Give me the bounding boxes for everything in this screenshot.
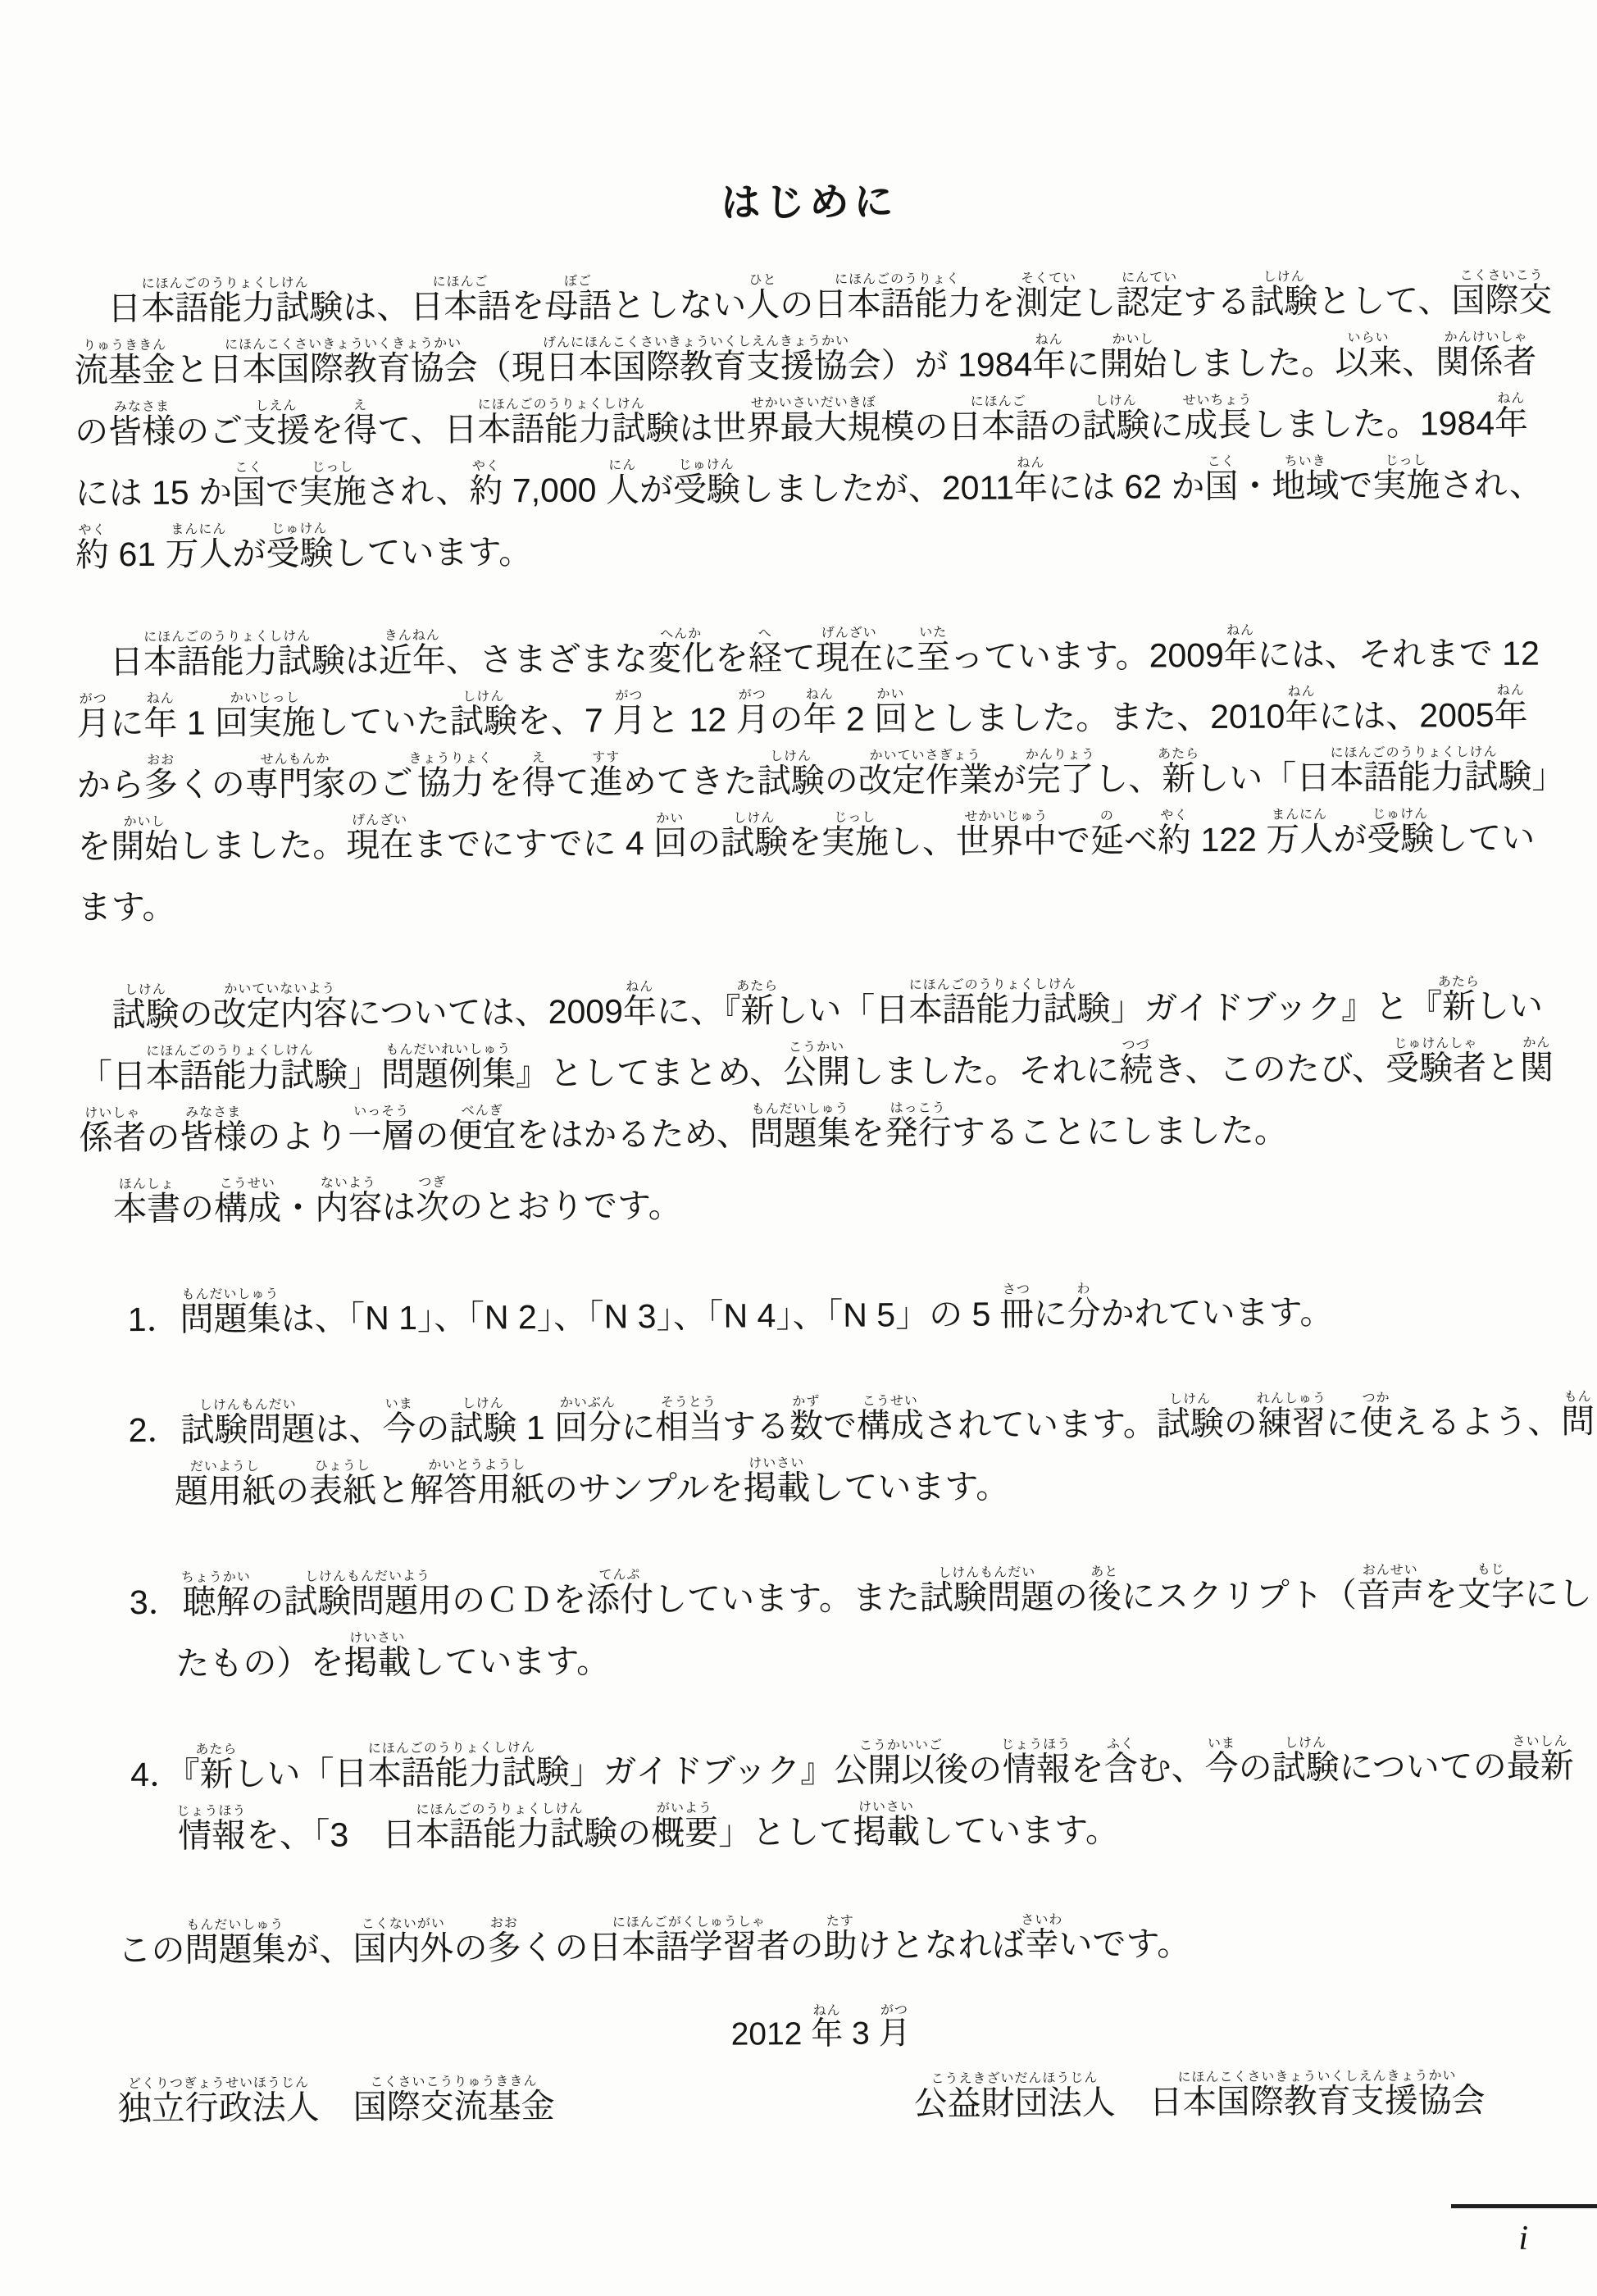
text-line: 公益財団法人こうえきざいだんほうじん 日本国際教育支援協会にほんこくさいきょうい… <box>913 2069 1485 2134</box>
text-line: 日本語能力試験にほんごのうりょくしけんは、日本語にほんごを母語ぼごとしない人ひと… <box>74 269 1546 339</box>
publisher-right: 公益財団法人こうえきざいだんほうじん 日本国際教育支援協会にほんこくさいきょうい… <box>913 2069 1485 2134</box>
text-line: 日本語能力試験にほんごのうりょくしけんは近年きんねん、さまざまな変化へんかを経へ… <box>76 622 1549 693</box>
text-line: 独立行政法人どくりつぎょうせいほうじん 国際交流基金こくさいこうりゅうききん <box>117 2075 554 2139</box>
document-title: はじめに <box>73 166 1545 232</box>
list-item-4: 4．『新あたらしい「日本語能力試験にほんごのうりょくしけん」ガイドブック』公開以… <box>130 1734 1556 1866</box>
publisher-row: 独立行政法人どくりつぎょうせいほうじん 国際交流基金こくさいこうりゅうききん 公… <box>117 2069 1485 2139</box>
text-line: 2．試験問題しけんもんだいは、今いまの試験しけん 1 回分かいぶんに相当そうとう… <box>128 1390 1553 1460</box>
text-line: を開始かいししました。現在げんざいまでにすでに 4 回かいの試験しけんを実施じっ… <box>77 806 1549 877</box>
text-line: 月がつに年ねん 1 回実施かいじっししていた試験しけんを、7 月がつと 12 月… <box>76 683 1549 754</box>
text-line: 本書ほんしょの構成こうせい・内容ないようは次つぎのとおりです。 <box>80 1168 1552 1239</box>
text-line: 2012 年ねん 3 月がつ <box>84 1999 1557 2069</box>
intro-paragraph: 日本語能力試験にほんごのうりょくしけんは、日本語にほんごを母語ぼごとしない人ひと… <box>74 269 1548 585</box>
text-line: から多おおくの専門家せんもんかのご協力きょうりょくを得えて進すすめてきた試験しけ… <box>77 745 1549 815</box>
text-line: 4．『新あたらしい「日本語能力試験にほんごのうりょくしけん」ガイドブック』公開以… <box>130 1734 1555 1805</box>
text-line: 題用紙だいようしの表紙ひょうしと解答用紙かいとうようしのサンプルを掲載けいさいし… <box>129 1451 1554 1522</box>
text-line: 3．聴解ちょうかいの試験問題用しけんもんだいようのＣＤを添付てんぷしています。ま… <box>130 1562 1554 1633</box>
text-line: 流基金りゅうききんと日本国際教育協会にほんこくさいきょういくきょうかい（現日本国… <box>75 330 1547 401</box>
text-line: ます。 <box>78 868 1550 937</box>
text-line: には 15 か国こくで実施じっしされ、約やく 7,000 人にんが受験じゅけんし… <box>75 453 1547 524</box>
text-line: この問題集もんだいしゅうが、国内外こくないがいの多おおくの日本語学習者にほんごが… <box>84 1910 1556 1980</box>
list-item-1: 1．問題集もんだいしゅうは、「N 1」、「N 2」、「N 3」、「N 4」、「N… <box>128 1279 1553 1350</box>
text-line: 情報じょうほうを、「3 日本語能力試験にほんごのうりょくしけんの概要がいよう」と… <box>130 1796 1555 1866</box>
contents-list: 1．問題集もんだいしゅうは、「N 1」、「N 2」、「N 3」、「N 4」、「N… <box>80 1279 1556 1866</box>
page-content: はじめに 日本語能力試験にほんごのうりょくしけんは、日本語にほんごを母語ぼごとし… <box>72 0 1557 2069</box>
document-page: はじめに 日本語能力試験にほんごのうりょくしけんは、日本語にほんごを母語ぼごとし… <box>0 0 1597 2296</box>
text-line: 約やく 61 万人まんにんが受験じゅけんしています。 <box>75 515 1548 585</box>
text-line: たもの）を掲載けいさいしています。 <box>130 1624 1554 1694</box>
page-number: i <box>1518 2219 1528 2258</box>
text-line: の皆様みなさまのご支援しえんを得えて、日本語能力試験にほんごのうりょくしけんは世… <box>75 392 1547 462</box>
text-line: 「日本語能力試験にほんごのうりょくしけん」問題例集もんだいれいしゅう』としてまと… <box>79 1036 1551 1106</box>
closing-paragraph: この問題集もんだいしゅうが、国内外こくないがいの多おおくの日本語学習者にほんごが… <box>84 1910 1556 1980</box>
text-line: 1．問題集もんだいしゅうは、「N 1」、「N 2」、「N 3」、「N 4」、「N… <box>128 1279 1553 1350</box>
text-line: 試験しけんの改定内容かいていないようについては、2009年ねんに、『新あたらしい… <box>78 974 1550 1045</box>
text-line: 係者けいしゃの皆様みなさまのより一層いっそうの便宜べんぎをはかるため、問題集もん… <box>79 1097 1551 1168</box>
structure-note: 本書ほんしょの構成こうせい・内容ないようは次つぎのとおりです。 <box>80 1168 1552 1239</box>
list-item-3: 3．聴解ちょうかいの試験問題用しけんもんだいようのＣＤを添付てんぷしています。ま… <box>130 1562 1555 1694</box>
revision-paragraph: 試験しけんの改定内容かいていないようについては、2009年ねんに、『新あたらしい… <box>78 974 1551 1168</box>
footer-rule <box>1451 2204 1597 2208</box>
publisher-left: 独立行政法人どくりつぎょうせいほうじん 国際交流基金こくさいこうりゅうききん <box>117 2075 554 2139</box>
list-item-2: 2．試験問題しけんもんだいは、今いまの試験しけん 1 回分かいぶんに相当そうとう… <box>128 1390 1554 1522</box>
publication-date: 2012 年ねん 3 月がつ <box>84 1999 1557 2069</box>
history-paragraph: 日本語能力試験にほんごのうりょくしけんは近年きんねん、さまざまな変化へんかを経へ… <box>76 622 1550 938</box>
